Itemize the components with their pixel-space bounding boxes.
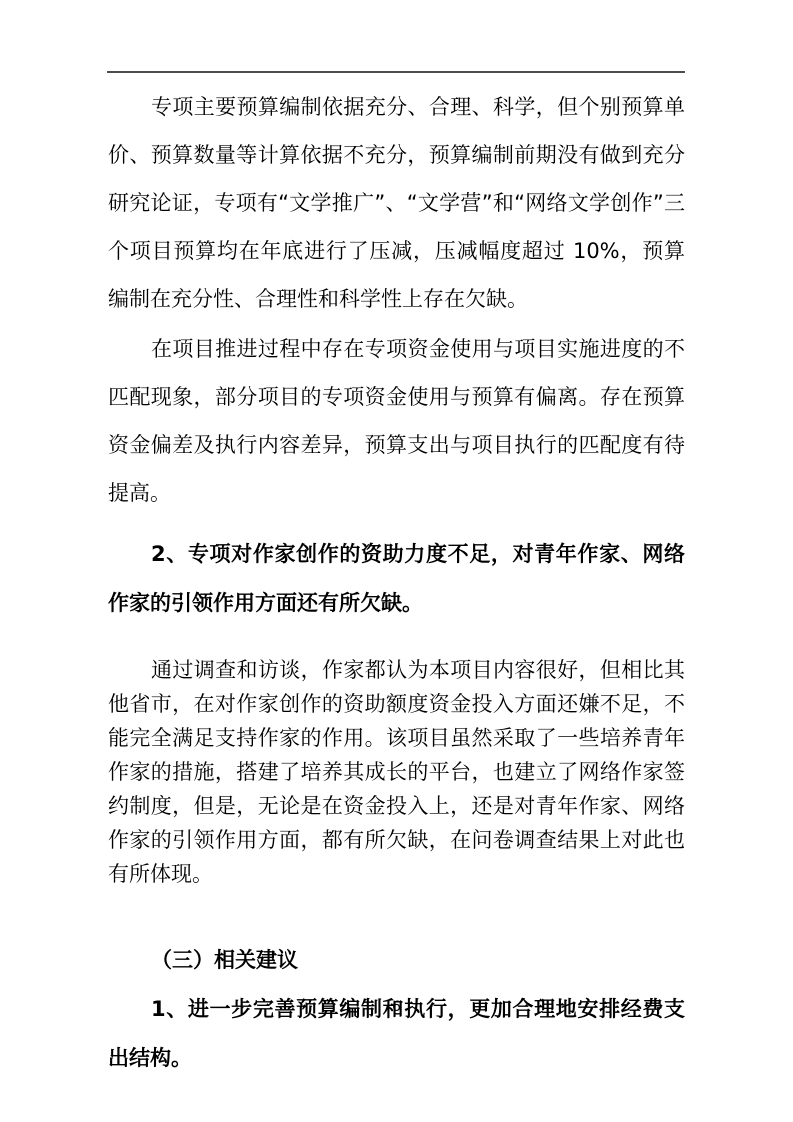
paragraph-budget-basis: 专项主要预算编制依据充分、合理、科学，但个别预算单价、预算数量等计算依据不充分，… (108, 83, 685, 323)
page-number: 6 (108, 995, 685, 1019)
document-page: 专项主要预算编制依据充分、合理、科学，但个别预算单价、预算数量等计算依据不充分，… (0, 0, 793, 1122)
document-body: 专项主要预算编制依据充分、合理、科学，但个别预算单价、预算数量等计算依据不充分，… (108, 83, 685, 1083)
paragraph-fund-usage-mismatch: 在项目推进过程中存在专项资金使用与项目实施进度的不匹配现象，部分项目的专项资金使… (108, 325, 685, 517)
paragraph-survey-findings: 通过调查和访谈，作家都认为本项目内容很好，但相比其他省市，在对作家创作的资助额度… (108, 653, 685, 891)
header-rule (107, 71, 685, 73)
heading-section-3-recommendations: （三）相关建议 (108, 936, 685, 985)
heading-issue-2: 2、专项对作家创作的资助力度不足，对青年作家、网络作家的引领作用方面还有所欠缺。 (108, 530, 685, 628)
